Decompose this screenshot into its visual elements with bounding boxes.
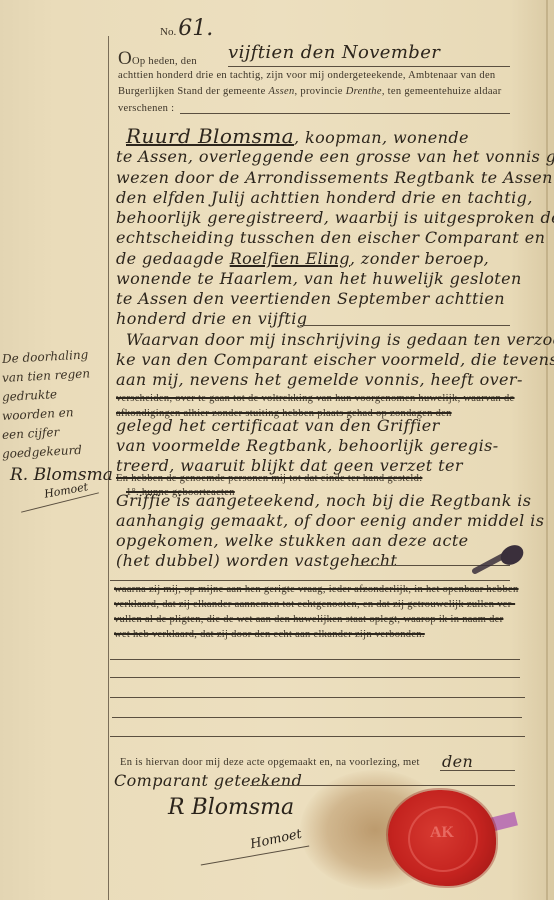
handwritten-line: de gedaagde Roelfien Eling, zonder beroe… xyxy=(116,249,489,268)
page-edge xyxy=(546,0,548,900)
handwritten-line: echtscheiding tusschen den eischer Compa… xyxy=(116,228,545,247)
handwritten-line: behoorlijk geregistreerd, waarbij is uit… xyxy=(116,208,554,227)
blank-rule xyxy=(110,659,520,660)
blank-rule xyxy=(112,717,522,718)
act-number-label: No. xyxy=(160,26,176,38)
signature-comparant: R Blomsma xyxy=(168,795,294,820)
margin-signature-comparant: R. Blomsma xyxy=(10,465,113,485)
rule xyxy=(300,325,510,326)
act-number-value: 61. xyxy=(178,16,213,41)
handwritten-line: wonende te Haarlem, van het huwelijk ges… xyxy=(116,269,522,288)
handwritten-line: Waarvan door mij inschrijving is gedaan … xyxy=(126,330,554,349)
handwritten-closing: Comparant geteekend xyxy=(114,771,302,790)
comparant-name: Ruurd Blomsma xyxy=(126,124,294,148)
handwritten-line: gelegd het certificaat van den Griffier xyxy=(116,416,440,435)
printed-line-3: Burgerlijken Stand der gemeente Assen, p… xyxy=(118,86,502,97)
handwritten-line: wezen door de Arrondissements Regtbank t… xyxy=(116,168,553,187)
margin-note-line: goedgekeurd xyxy=(2,443,83,461)
struck-printed-line: vullen al de pligten, die de wet aan den… xyxy=(114,614,503,625)
struck-printed-line: En hebben de genoemde personen mij tot d… xyxy=(116,473,422,484)
rule xyxy=(110,580,510,581)
struck-printed-line: wet heb verklaard, dat zij door den echt… xyxy=(114,629,425,640)
margin-note-line: een cijfer xyxy=(2,425,60,442)
margin-note-line: De doorhaling xyxy=(2,347,89,366)
handwritten-line: Ruurd Blomsma, koopman, wonende xyxy=(126,124,469,148)
struck-printed-line: verscheiden, over te gaan tot de voltrek… xyxy=(116,393,515,404)
margin-note-line: gedrukte xyxy=(2,387,58,404)
blank-rule xyxy=(110,697,525,698)
blank-rule xyxy=(110,677,520,678)
handwritten-line: te Assen den veertienden September achtt… xyxy=(116,289,505,308)
handwritten-line: opgekomen, welke stukken aan deze acte xyxy=(116,531,469,550)
handwritten-line: ke van den Comparant eischer voormeld, d… xyxy=(116,350,554,369)
printed-line-1: OOp heden, den xyxy=(118,48,197,70)
respondent-name: Roelfien Eling xyxy=(230,249,350,268)
rule xyxy=(440,770,515,771)
handwritten-line: aanhangig gemaakt, of door eenig ander m… xyxy=(116,511,544,530)
rule xyxy=(228,66,510,67)
printed-line-4: verschenen : xyxy=(118,103,174,114)
handwritten-closing-word: den xyxy=(442,752,473,771)
printed-line-2: achttien honderd drie en tachtig, zijn v… xyxy=(118,70,496,81)
printed-closing: En is hiervan door mij deze acte opgemaa… xyxy=(120,757,420,768)
handwritten-line: den elfden Julij achttien honderd drie e… xyxy=(116,188,533,207)
handwritten-line: (het dubbel) worden vastgehecht xyxy=(116,551,397,570)
margin-note-line: woorden en xyxy=(2,405,74,423)
handwritten-line: honderd drie en vijftig xyxy=(116,309,307,328)
struck-printed-line: verklaard, dat zij elkander aannemen tot… xyxy=(114,599,515,610)
blank-rule xyxy=(110,736,525,737)
handwritten-line: van voormelde Regtbank, behoorlijk gereg… xyxy=(116,436,499,455)
handwritten-line: aan mij, nevens het gemelde vonnis, heef… xyxy=(116,370,523,389)
struck-printed-line: waarna zij mij, op mijne aan hen gerigte… xyxy=(114,584,519,595)
act-number: No.61. xyxy=(160,16,213,41)
handwritten-date: vijftien den November xyxy=(228,42,440,63)
civil-record-page: No.61. OOp heden, den vijftien den Novem… xyxy=(0,0,554,900)
handwritten-line: Griffie is aangeteekend, noch bij die Re… xyxy=(116,491,531,510)
rule xyxy=(180,113,510,114)
margin-note-line: van tien regen xyxy=(2,366,91,385)
seal-mark: AK xyxy=(388,824,496,842)
handwritten-line: te Assen, overleggende een grosse van he… xyxy=(116,147,554,166)
